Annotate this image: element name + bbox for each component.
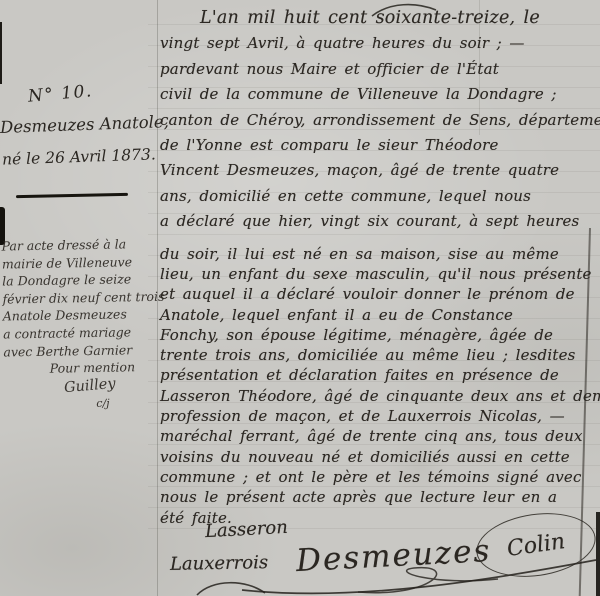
body-line: voisins du nouveau né et domiciliés auss… [160,447,600,467]
body-line: Lasseron Théodore, âgé de cinquante deux… [160,386,600,406]
body-line: commune ; et ont le père et les témoins … [160,467,600,487]
body-line: canton de Chéroy, arrondissement de Sens… [160,108,600,133]
body-line: Fonchy, son épouse légitime, ménagère, â… [160,325,600,345]
body-line: civil de la commune de Villeneuve la Don… [160,82,600,107]
body-line: trente trois ans, domiciliée au même lie… [160,345,600,365]
act-birth-date: né le 26 Avril 1873. [2,145,156,168]
header-underline-stroke [16,193,128,198]
body-line: profession de maçon, et de Lauxerrois Ni… [160,406,600,426]
body-line: a déclaré que hier, vingt six courant, à… [160,209,600,234]
cut-off-signature-arc [194,584,270,596]
scan-edge-mark-top-left [0,22,2,84]
signature-flourish-sweep [238,548,600,594]
body-line: maréchal ferrant, âgé de trente cinq ans… [160,426,600,446]
body-line: pardevant nous Maire et officier de l'Ét… [160,57,600,82]
body-line: et auquel il a déclaré vouloir donner le… [160,284,600,304]
scanned-birth-act-page: N° 10. Desmeuzes Anatole, né le 26 Avril… [0,0,600,596]
body-line: nous le présent acte après que lecture l… [160,487,600,507]
body-line: du soir, il lui est né en sa maison, sis… [160,244,600,264]
body-line: vingt sept Avril, à quatre heures du soi… [160,31,600,56]
body-line: Vincent Desmeuzes, maçon, âgé de trente … [160,158,600,183]
body-line: présentation et déclaration faites en pr… [160,365,600,385]
act-child-name: Desmeuzes Anatole, [0,112,169,137]
act-body-text: L'an mil huit cent soixante-treize, le v… [160,6,600,546]
marriage-margin-note: Par acte dressé à la mairie de Villeneuv… [1,234,182,417]
signature-lasseron: Lasseron [205,517,289,542]
act-paragraph-1: L'an mil huit cent soixante-treize, le v… [160,6,600,235]
act-number: N° 10. [27,81,93,107]
body-line: lieu, un enfant du sexe masculin, qu'il … [160,264,600,284]
act-paragraph-2: du soir, il lui est né en sa maison, sis… [160,244,600,528]
margin-note-line: février dix neuf cent trois [2,287,180,308]
body-line: ans, domicilié en cette commune, lequel … [160,184,600,209]
body-line: L'an mil huit cent soixante-treize, le [160,6,600,31]
body-line: Anatole, lequel enfant il a eu de Consta… [160,305,600,325]
body-line: de l'Yonne est comparu le sieur Théodore [160,133,600,158]
